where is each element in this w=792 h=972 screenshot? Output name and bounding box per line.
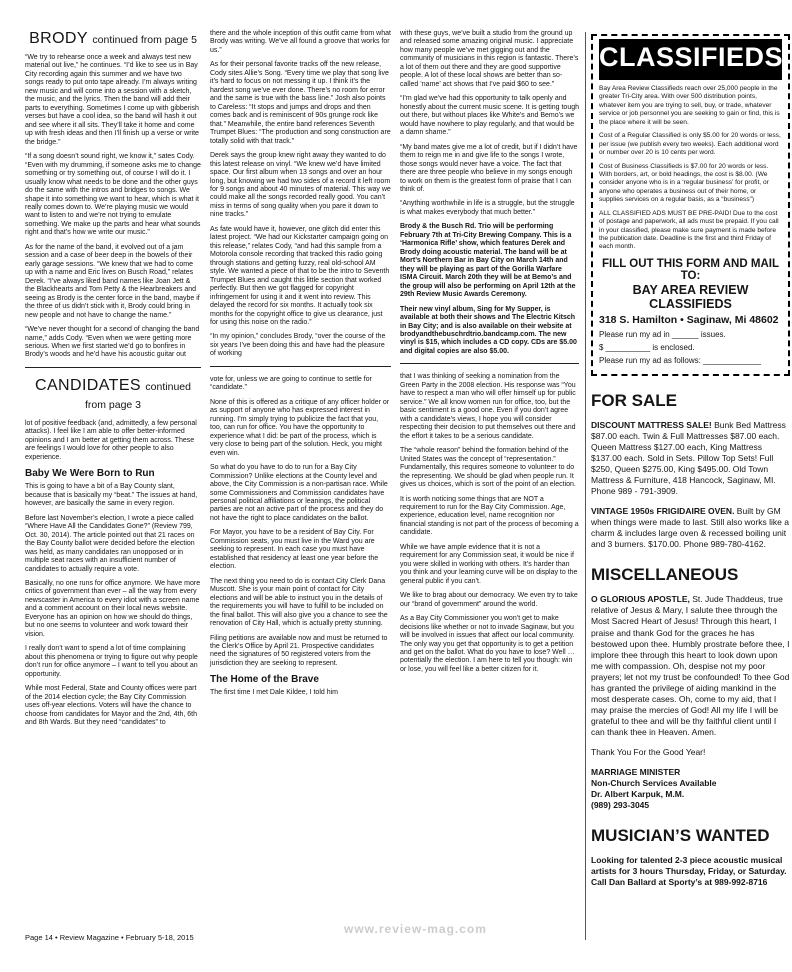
paragraph: with these guys, we’ve built a studio fr… (400, 30, 579, 89)
paragraph: The “whole reason” behind the formation … (400, 447, 579, 489)
paragraph: Their new vinyl album, Sing for My Suppe… (400, 306, 579, 357)
candidates-col2-last-paragraph: The first time I met Dale Kildee, I told… (210, 689, 391, 697)
classifieds-form-lines: Please run my ad in ______ issues.$ ____… (599, 330, 782, 365)
paragraph: “We’ve never thought for a second of cha… (25, 326, 201, 360)
ad-lead-text: VINTAGE 1950s FRIGIDAIRE OVEN. (591, 506, 737, 516)
paragraph: As a Bay City Commissioner you won’t get… (400, 615, 579, 674)
classifieds-address: 318 S. Hamilton • Saginaw, Mi 48602 (599, 314, 782, 326)
classified-ad: Thank You For the Good Year! (591, 747, 790, 758)
brody-col2-paragraphs: there and the whole inception of this ou… (210, 30, 391, 359)
musicians-wanted-heading: MUSICIAN’S WANTED (591, 826, 790, 846)
paragraph: “I’m glad we’ve had this opportunity to … (400, 95, 579, 137)
magazine-page: BRODY continued from page 5 “We try to r… (0, 0, 792, 972)
classifieds-info-paragraphs: Bay Area Review Classifieds reach over 2… (599, 85, 782, 252)
candidates-col2-paragraphs: vote for, unless we are going to continu… (210, 376, 391, 669)
paragraph: Brody & the Busch Rd. Trio will be perfo… (400, 223, 579, 299)
paragraph: “In my opinion,” concludes Brody, “over … (210, 333, 391, 358)
brody-col3-bold-paragraphs: Brody & the Busch Rd. Trio will be perfo… (400, 223, 579, 356)
paragraph: that I was thinking of seeking a nominat… (400, 373, 579, 441)
musicians-wanted-ads: Looking for talented 2-3 piece acoustic … (591, 855, 790, 888)
brody-article-header: BRODY continued from page 5 (25, 30, 201, 48)
brody-article-title: BRODY (29, 30, 88, 47)
brody-article-subtitle: continued from page 5 (92, 34, 197, 46)
brody-col1-paragraphs: “We try to rehearse once a week and alwa… (25, 54, 201, 360)
classifieds-column: CLASSIFIEDS Bay Area Review Classifieds … (591, 34, 790, 897)
paragraph: As for their personal favorite tracks of… (210, 61, 391, 146)
section-divider (25, 367, 201, 368)
paragraph: “Anything worthwhile in life is a strugg… (400, 200, 579, 217)
classifieds-mail-name: BAY AREA REVIEW CLASSIFIEDS (599, 283, 782, 311)
section-divider (400, 363, 579, 364)
candidates-article-header: CANDIDATES continued from page 3 (25, 377, 201, 413)
column-1: BRODY continued from page 5 “We try to r… (25, 30, 201, 733)
paragraph: Cost of Business Classifieds is $7.00 fo… (599, 163, 782, 205)
paragraph: “We try to rehearse once a week and alwa… (25, 54, 201, 147)
paragraph: Bay Area Review Classifieds reach over 2… (599, 85, 782, 127)
form-blank-line: Please run my ad in ______ issues. (599, 330, 782, 339)
for-sale-heading: FOR SALE (591, 391, 790, 411)
column-3: with these guys, we’ve built a studio fr… (400, 30, 579, 680)
candidates-article-title: CANDIDATES (35, 377, 141, 394)
watermark: www.review-mag.com (344, 922, 487, 936)
classified-ad: Looking for talented 2-3 piece acoustic … (591, 855, 790, 888)
paragraph: While most Federal, State and County off… (25, 685, 201, 727)
brody-col3-paragraphs: with these guys, we’ve built a studio fr… (400, 30, 579, 217)
paragraph: We like to brag about our democracy. We … (400, 592, 579, 609)
classified-ad: MARRIAGE MINISTER Non-Church Services Av… (591, 767, 790, 811)
classified-ad: O GLORIOUS APOSTLE, St. Jude Thaddeus, t… (591, 594, 790, 738)
paragraph: Derek says the group knew right away the… (210, 152, 391, 220)
classifieds-form-box: CLASSIFIEDS Bay Area Review Classifieds … (591, 34, 790, 376)
classifieds-mail-instruction: FILL OUT THIS FORM AND MAIL TO: (599, 258, 782, 282)
paragraph: It is worth noticing some things that ar… (400, 496, 579, 538)
section-divider (210, 366, 391, 367)
candidates-col3-paragraphs: that I was thinking of seeking a nominat… (400, 373, 579, 674)
paragraph: Before last November’s election, I wrote… (25, 515, 201, 574)
paragraph: Filing petitions are available now and m… (210, 635, 391, 669)
paragraph: Basically, no one runs for office anymor… (25, 580, 201, 639)
paragraph: “My band mates give me a lot of credit, … (400, 144, 579, 195)
paragraph: As fate would have it, however, one glit… (210, 226, 391, 328)
paragraph: I really don’t want to spend a lot of ti… (25, 645, 201, 679)
ad-lead-text: MARRIAGE MINISTER Non-Church Services Av… (591, 767, 717, 810)
paragraph: Cost of a Regular Classified is only $5.… (599, 132, 782, 157)
form-blank-line: Please run my ad as follows: ___________… (599, 356, 782, 365)
candidates-subheading-1: Baby We Were Born to Run (25, 468, 201, 479)
paragraph: As for the name of the band, it evolved … (25, 244, 201, 320)
classified-ad: VINTAGE 1950s FRIGIDAIRE OVEN. Built by … (591, 506, 790, 550)
candidates-subheading-2: The Home of the Brave (210, 674, 391, 685)
paragraph: there and the whole inception of this ou… (210, 30, 391, 55)
candidates-intro-paragraph: lot of positive feedback (and, admittedl… (25, 420, 201, 462)
paragraph: The next thing you need to do is contact… (210, 578, 391, 629)
ad-lead-text: O GLORIOUS APOSTLE, (591, 594, 692, 604)
candidates-col1-paragraphs: This is going to have a bit of a Bay Cou… (25, 483, 201, 727)
column-2: there and the whole inception of this ou… (210, 30, 391, 704)
paragraph: So what do you have to do to run for a B… (210, 464, 391, 523)
form-blank-line: $ __________ is enclosed. (599, 343, 782, 352)
column-divider (585, 32, 586, 940)
paragraph: This is going to have a bit of a Bay Cou… (25, 483, 201, 508)
miscellaneous-heading: MISCELLANEOUS (591, 565, 790, 585)
paragraph: For Mayor, you have to be a resident of … (210, 529, 391, 571)
for-sale-ads: DISCOUNT MATTRESS SALE! Bunk Bed Mattres… (591, 420, 790, 551)
paragraph: None of this is offered as a critique of… (210, 399, 391, 458)
classified-ad: DISCOUNT MATTRESS SALE! Bunk Bed Mattres… (591, 420, 790, 497)
paragraph: vote for, unless we are going to continu… (210, 376, 391, 393)
miscellaneous-ads: O GLORIOUS APOSTLE, St. Jude Thaddeus, t… (591, 594, 790, 811)
classifieds-banner: CLASSIFIEDS (599, 39, 782, 80)
ad-lead-text: DISCOUNT MATTRESS SALE! (591, 420, 714, 430)
page-footer: Page 14 • Review Magazine • February 5-1… (25, 933, 194, 942)
paragraph: ALL CLASSIFIED ADS MUST BE PRE-PAID! Due… (599, 210, 782, 252)
ad-lead-text: Looking for talented 2-3 piece acoustic … (591, 855, 787, 887)
paragraph: While we have ample evidence that it is … (400, 544, 579, 586)
paragraph: “If a song doesn’t sound right, we know … (25, 153, 201, 238)
